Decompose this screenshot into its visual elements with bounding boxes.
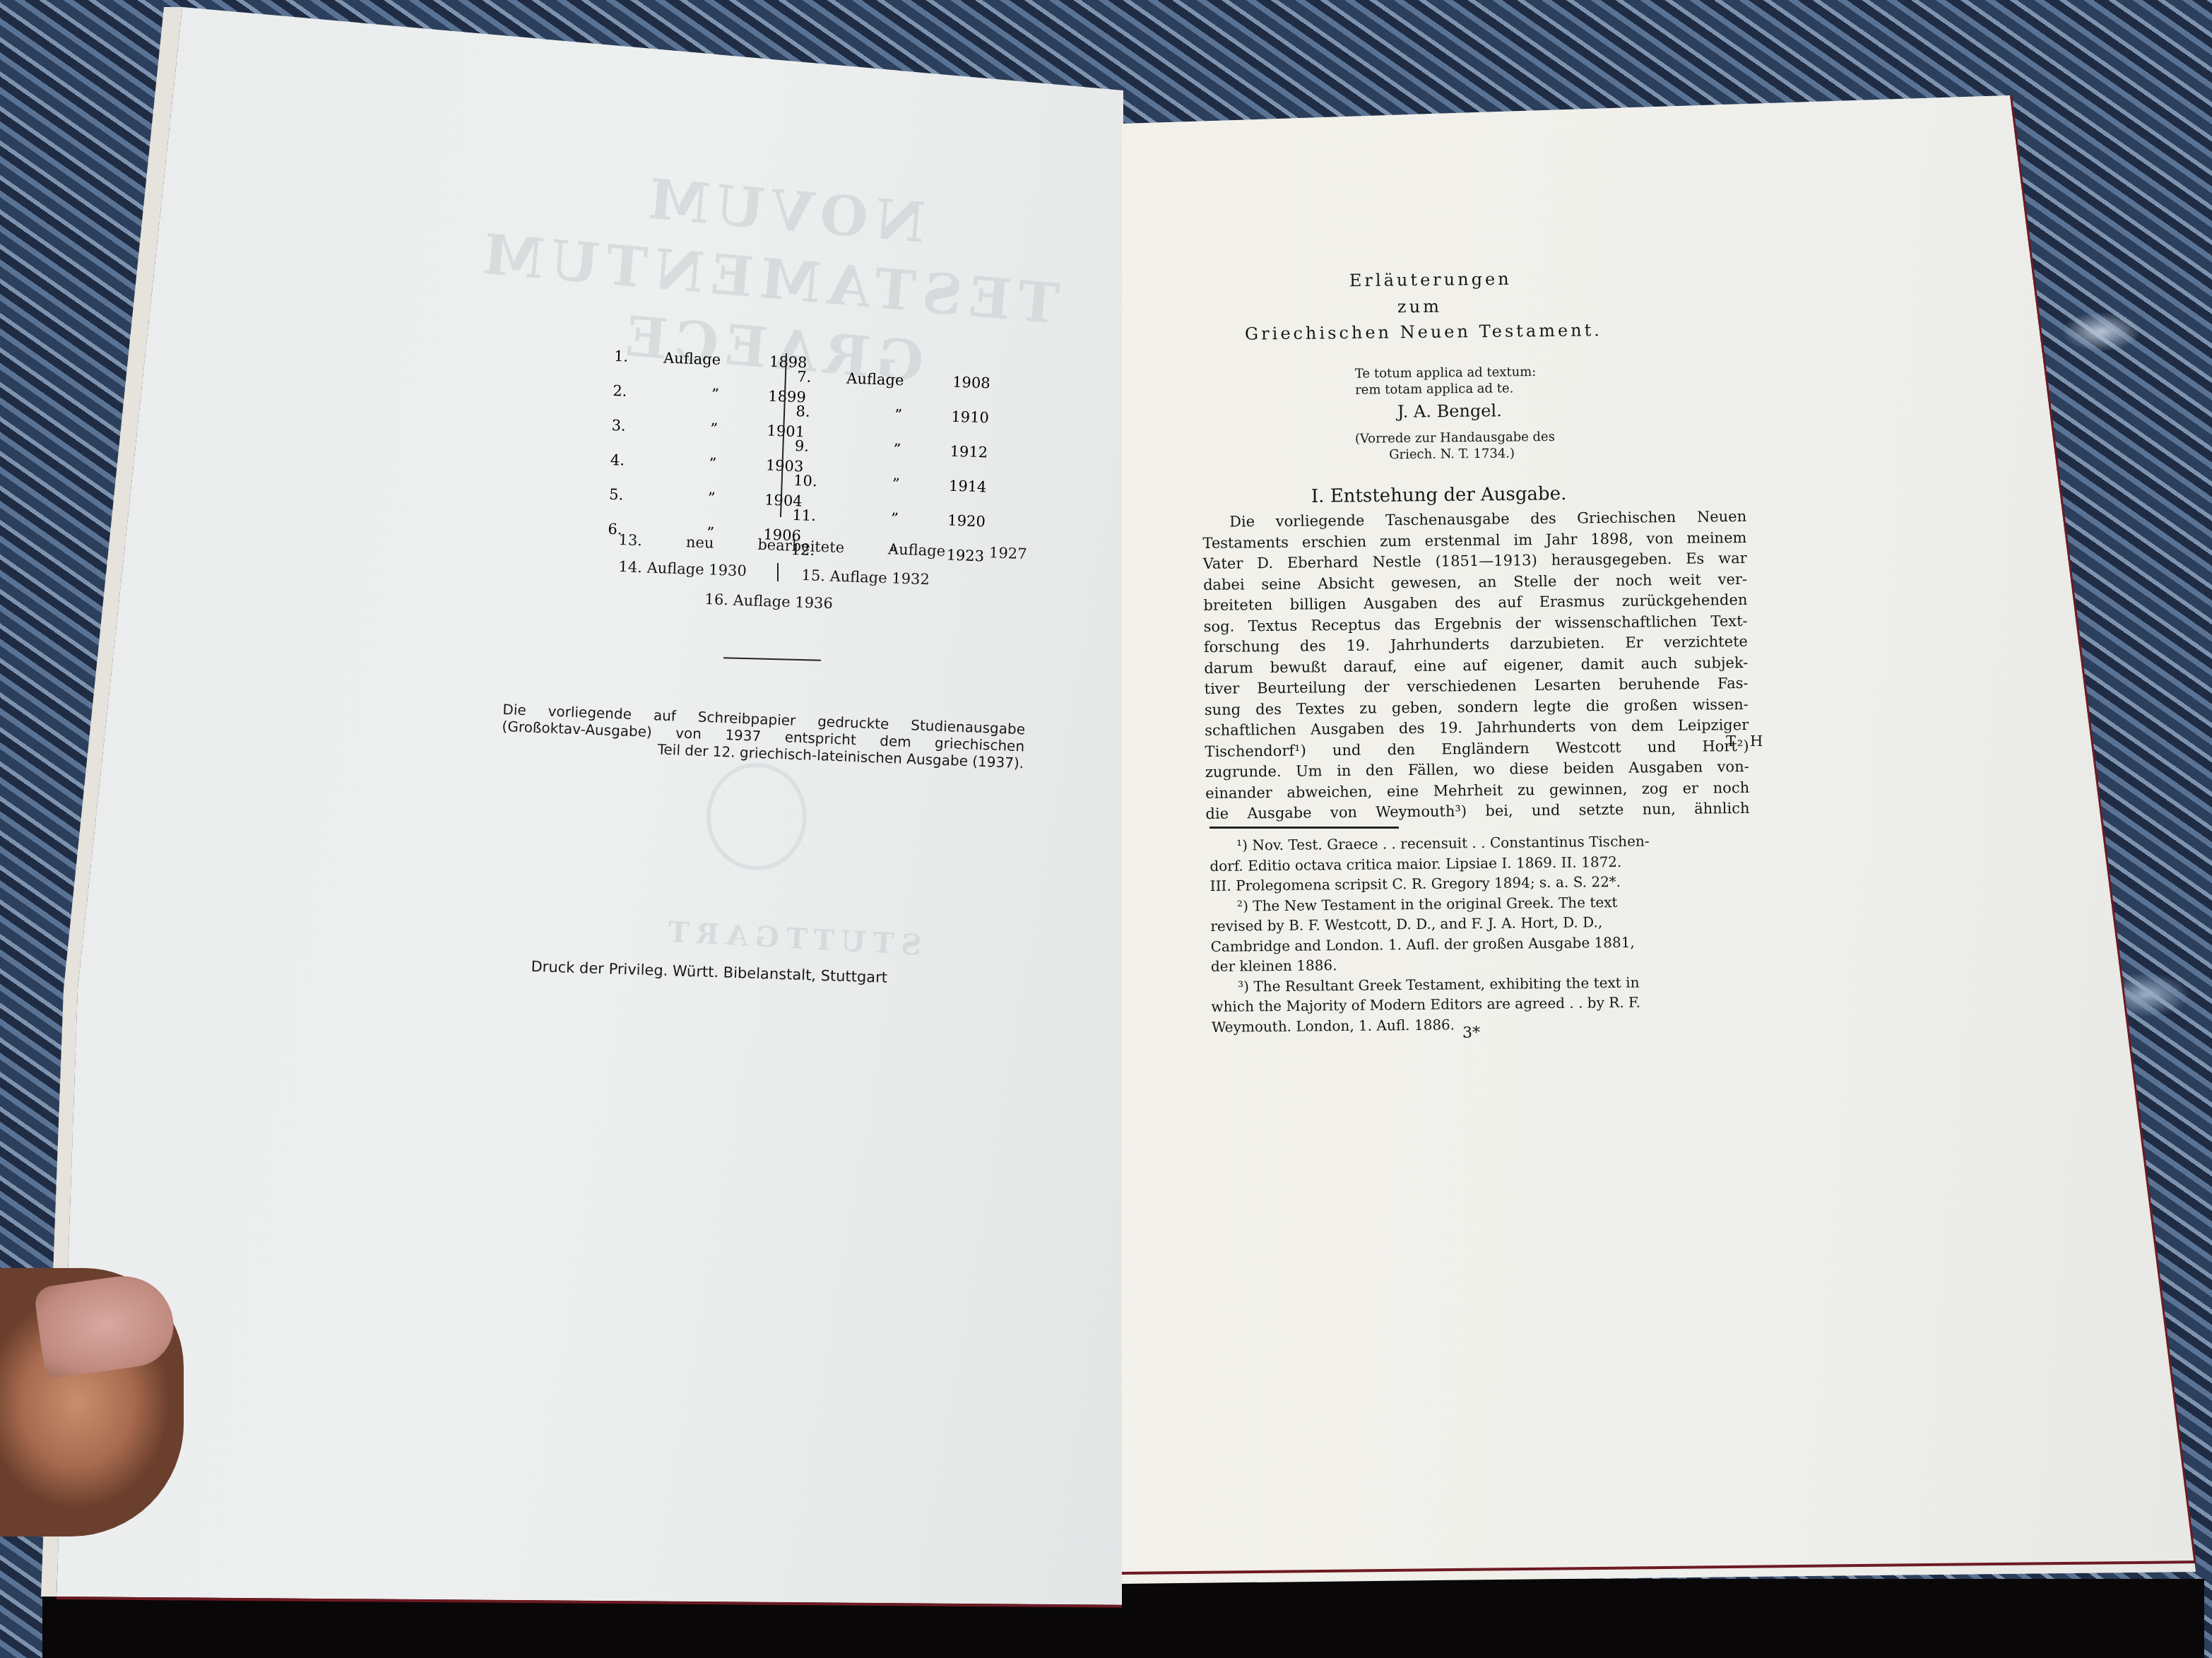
edition-14-15-divider (777, 563, 779, 581)
editions-left-column: 1.Auflage1898 2.”1899 3.”1901 4.”1903 5.… (608, 339, 808, 553)
margin-sigla: T H (1726, 733, 1763, 750)
footnote-rule (1209, 827, 1399, 829)
epigraph: Te totum applica ad textum: rem totam ap… (1355, 363, 1581, 398)
footnotes: ¹) Nov. Test. Graece . . recensuit . . C… (1209, 830, 1749, 1037)
right-title-line-1: Erläuterungen (1349, 269, 1512, 290)
right-title-line-3: Griechischen Neuen Testament. (1245, 320, 1602, 343)
body-text: Die vorliegende Taschenausgabe des Griec… (1202, 507, 1750, 825)
epigraph-author: J. A. Bengel. (1397, 401, 1502, 422)
section-heading: I. Entstehung der Ausgabe. (1311, 483, 1567, 507)
right-title-line-2: zum (1397, 297, 1442, 317)
epigraph-source: (Vorrede zur Handausgabe des Griech. N. … (1355, 428, 1595, 463)
bleed-through-seal (706, 763, 807, 870)
page-number: 3* (1462, 1024, 1480, 1042)
